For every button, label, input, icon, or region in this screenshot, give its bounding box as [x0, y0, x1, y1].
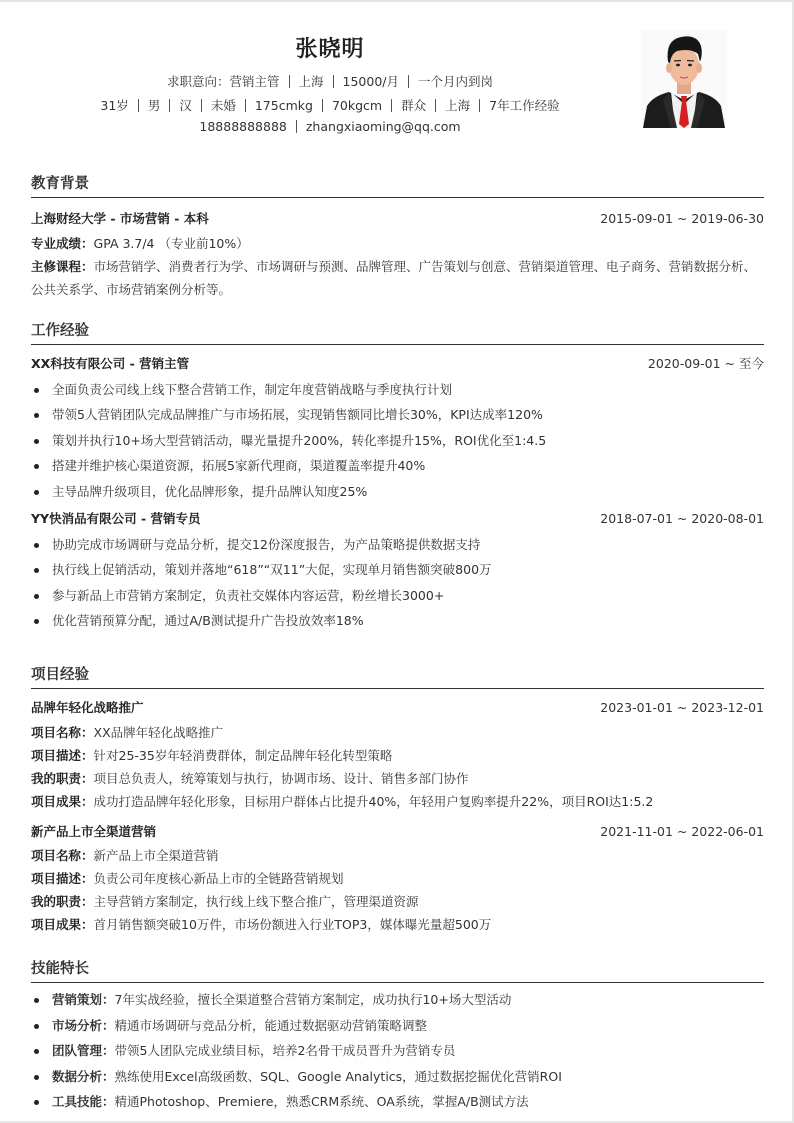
value: 首月销售额突破10万件，市场份额进入行业TOP3，媒体曝光量超500万 — [94, 917, 492, 932]
courses-label: 主修课程： — [31, 259, 94, 274]
job-bullet: 执行线上促销活动，策划并落地“618”“双11”大促，实现单月销售额突破800万 — [31, 557, 764, 583]
gpa-row: 专业成绩：GPA 3.7/4 （专业前10%） — [31, 232, 764, 255]
project-date: 2021-11-01 ~ 2022-06-01 — [600, 819, 764, 845]
value: XX品牌年轻化战略推广 — [94, 725, 224, 740]
job-header: YY快消品有限公司 - 营销专员 2018-07-01 ~ 2020-08-01 — [31, 506, 764, 532]
education-date: 2015-09-01 ~ 2019-06-30 — [600, 206, 764, 232]
value: 负责公司年度核心新品上市的全链路营销规划 — [94, 871, 344, 886]
separator — [138, 99, 139, 112]
section-title-projects: 项目经验 — [31, 665, 764, 689]
value: 项目总负责人，统筹策划与执行，协调市场、设计、销售多部门协作 — [94, 771, 469, 786]
skill-item: 团队管理：带领5人团队完成业绩目标，培养2名骨干成员晋升为营销专员 — [31, 1038, 764, 1064]
project-title: 新产品上市全渠道营销 — [31, 824, 156, 839]
skill-text: 带领5人团队完成业绩目标，培养2名骨干成员晋升为营销专员 — [115, 1043, 456, 1058]
intent-availability: 一个月内到岗 — [418, 74, 493, 89]
value: 成功打造品牌年轻化形象，目标用户群体占比提升40%，年轻用户复购率提升22%，项… — [94, 794, 654, 809]
skill-label: 数据分析： — [52, 1069, 115, 1084]
project-title: 品牌年轻化战略推广 — [31, 700, 144, 715]
contact-line: 18888888888zhangxiaoming@qq.com — [0, 119, 660, 134]
personal-info-line: 31岁男汉未婚175cmkg70kgcm群众上海7年工作经验 — [0, 96, 660, 114]
separator — [435, 99, 436, 112]
skill-text: 精通市场调研与竞品分析，能通过数据驱动营销策略调整 — [115, 1018, 428, 1033]
project-desc-row: 项目描述：针对25-35岁年轻消费群体，制定品牌年轻化转型策略 — [31, 744, 764, 767]
value: 针对25-35岁年轻消费群体，制定品牌年轻化转型策略 — [94, 748, 393, 763]
separator — [289, 75, 290, 88]
job-bullet: 参与新品上市营销方案制定，负责社交媒体内容运营，粉丝增长3000+ — [31, 583, 764, 609]
skill-item: 工具技能：精通Photoshop、Premiere，熟悉CRM系统、OA系统，掌… — [31, 1089, 764, 1115]
job-bullet: 策划并执行10+场大型营销活动，曝光量提升200%，转化率提升15%，ROI优化… — [31, 428, 764, 454]
work-section: 工作经验 XX科技有限公司 - 营销主管 2020-09-01 ~ 至今 全面负… — [31, 321, 764, 634]
education-entry-header: 上海财经大学 - 市场营销 - 本科 2015-09-01 ~ 2019-06-… — [31, 206, 764, 232]
job-intent-line: 求职意向：营销主管上海15000/月一个月内到岗 — [0, 72, 660, 90]
resume-page: 张晓明 求职意向：营销主管上海15000/月一个月内到岗 31岁男汉未婚175c… — [0, 2, 792, 1121]
phone: 18888888888 — [199, 119, 286, 134]
skill-item: 营销策划：7年实战经验，擅长全渠道整合营销方案制定，成功执行10+场大型活动 — [31, 987, 764, 1013]
skill-label: 营销策划： — [52, 992, 115, 1007]
gender: 男 — [148, 98, 161, 113]
job-bullet: 带领5人营销团队完成品牌推广与市场拓展，实现销售额同比增长30%，KPI达成率1… — [31, 402, 764, 428]
job-title: XX科技有限公司 - 营销主管 — [31, 356, 189, 371]
separator — [296, 120, 297, 133]
value: 主导营销方案制定，执行线上线下整合推广，管理渠道资源 — [94, 894, 419, 909]
project-result-row: 项目成果：成功打造品牌年轻化形象，目标用户群体占比提升40%，年轻用户复购率提升… — [31, 790, 764, 813]
courses-value: 市场营销学、消费者行为学、市场调研与预测、品牌管理、广告策划与创意、营销渠道管理… — [31, 259, 756, 297]
residence: 上海 — [445, 98, 470, 113]
ethnicity: 汉 — [179, 98, 192, 113]
label: 项目成果： — [31, 794, 94, 809]
separator — [322, 99, 323, 112]
section-title-work: 工作经验 — [31, 321, 764, 345]
job-bullet: 优化营销预算分配，通过A/B测试提升广告投放效率18% — [31, 608, 764, 634]
label: 项目描述： — [31, 871, 94, 886]
label: 项目名称： — [31, 725, 94, 740]
avatar — [641, 30, 727, 128]
separator — [408, 75, 409, 88]
project-date: 2023-01-01 ~ 2023-12-01 — [600, 695, 764, 721]
job-bullet: 协助完成市场调研与竞品分析，提交12份深度报告，为产品策略提供数据支持 — [31, 532, 764, 558]
label: 我的职责： — [31, 894, 94, 909]
job-date: 2018-07-01 ~ 2020-08-01 — [600, 506, 764, 532]
skills-section: 技能特长 营销策划：7年实战经验，擅长全渠道整合营销方案制定，成功执行10+场大… — [31, 959, 764, 1115]
project-name-row: 项目名称：XX品牌年轻化战略推广 — [31, 721, 764, 744]
experience-years: 7年工作经验 — [489, 98, 559, 113]
height: 175cmkg — [255, 98, 313, 113]
separator — [333, 75, 334, 88]
separator — [479, 99, 480, 112]
candidate-name: 张晓明 — [0, 32, 660, 63]
value: 新产品上市全渠道营销 — [94, 848, 219, 863]
intent-position: 求职意向：营销主管 — [167, 74, 280, 89]
job-bullet: 主导品牌升级项目，优化品牌形象，提升品牌认知度25% — [31, 479, 764, 505]
skill-text: 7年实战经验，擅长全渠道整合营销方案制定，成功执行10+场大型活动 — [115, 992, 512, 1007]
job-bullets: 协助完成市场调研与竞品分析，提交12份深度报告，为产品策略提供数据支持 执行线上… — [31, 532, 764, 634]
skill-label: 市场分析： — [52, 1018, 115, 1033]
projects-section: 项目经验 品牌年轻化战略推广 2023-01-01 ~ 2023-12-01 项… — [31, 665, 764, 936]
skill-item: 市场分析：精通市场调研与竞品分析，能通过数据驱动营销策略调整 — [31, 1013, 764, 1039]
job-bullet: 搭建并维护核心渠道资源，拓展5家新代理商，渠道覆盖率提升40% — [31, 453, 764, 479]
separator — [245, 99, 246, 112]
skills-list: 营销策划：7年实战经验，擅长全渠道整合营销方案制定，成功执行10+场大型活动 市… — [31, 987, 764, 1115]
job-title: YY快消品有限公司 - 营销专员 — [31, 511, 201, 526]
label: 我的职责： — [31, 771, 94, 786]
project-role-row: 我的职责：主导营销方案制定，执行线上线下整合推广，管理渠道资源 — [31, 890, 764, 913]
separator — [391, 99, 392, 112]
project-desc-row: 项目描述：负责公司年度核心新品上市的全链路营销规划 — [31, 867, 764, 890]
education-section: 教育背景 上海财经大学 - 市场营销 - 本科 2015-09-01 ~ 201… — [31, 174, 764, 301]
skill-label: 工具技能： — [52, 1094, 115, 1109]
skill-label: 团队管理： — [52, 1043, 115, 1058]
age: 31岁 — [100, 98, 128, 113]
project-header: 品牌年轻化战略推广 2023-01-01 ~ 2023-12-01 — [31, 695, 764, 721]
separator — [201, 99, 202, 112]
political-status: 群众 — [401, 98, 426, 113]
label: 项目成果： — [31, 917, 94, 932]
job-date: 2020-09-01 ~ 至今 — [648, 351, 764, 377]
marital-status: 未婚 — [211, 98, 236, 113]
section-title-education: 教育背景 — [31, 174, 764, 198]
gpa-label: 专业成绩： — [31, 236, 94, 251]
avatar-portrait-icon — [641, 30, 727, 128]
separator — [169, 99, 170, 112]
project-result-row: 项目成果：首月销售额突破10万件，市场份额进入行业TOP3，媒体曝光量超500万 — [31, 913, 764, 936]
job-bullet: 全面负责公司线上线下整合营销工作，制定年度营销战略与季度执行计划 — [31, 377, 764, 403]
intent-city: 上海 — [299, 74, 324, 89]
project-header: 新产品上市全渠道营销 2021-11-01 ~ 2022-06-01 — [31, 819, 764, 845]
job-bullets: 全面负责公司线上线下整合营销工作，制定年度营销战略与季度执行计划 带领5人营销团… — [31, 377, 764, 505]
weight: 70kgcm — [332, 98, 382, 113]
courses-row: 主修课程：市场营销学、消费者行为学、市场调研与预测、品牌管理、广告策划与创意、营… — [31, 255, 764, 301]
skill-item: 数据分析：熟练使用Excel高级函数、SQL、Google Analytics，… — [31, 1064, 764, 1090]
job-header: XX科技有限公司 - 营销主管 2020-09-01 ~ 至今 — [31, 351, 764, 377]
project-role-row: 我的职责：项目总负责人，统筹策划与执行，协调市场、设计、销售多部门协作 — [31, 767, 764, 790]
project-name-row: 项目名称：新产品上市全渠道营销 — [31, 844, 764, 867]
resume-header: 张晓明 求职意向：营销主管上海15000/月一个月内到岗 31岁男汉未婚175c… — [0, 2, 792, 152]
skill-text: 精通Photoshop、Premiere，熟悉CRM系统、OA系统，掌握A/B测… — [115, 1094, 529, 1109]
section-title-skills: 技能特长 — [31, 959, 764, 983]
intent-salary: 15000/月 — [343, 74, 399, 89]
school-major-degree: 上海财经大学 - 市场营销 - 本科 — [31, 211, 209, 226]
label: 项目描述： — [31, 748, 94, 763]
skill-text: 熟练使用Excel高级函数、SQL、Google Analytics，通过数据挖… — [115, 1069, 562, 1084]
gpa-value: GPA 3.7/4 （专业前10%） — [94, 236, 249, 251]
email: zhangxiaoming@qq.com — [306, 119, 461, 134]
label: 项目名称： — [31, 848, 94, 863]
